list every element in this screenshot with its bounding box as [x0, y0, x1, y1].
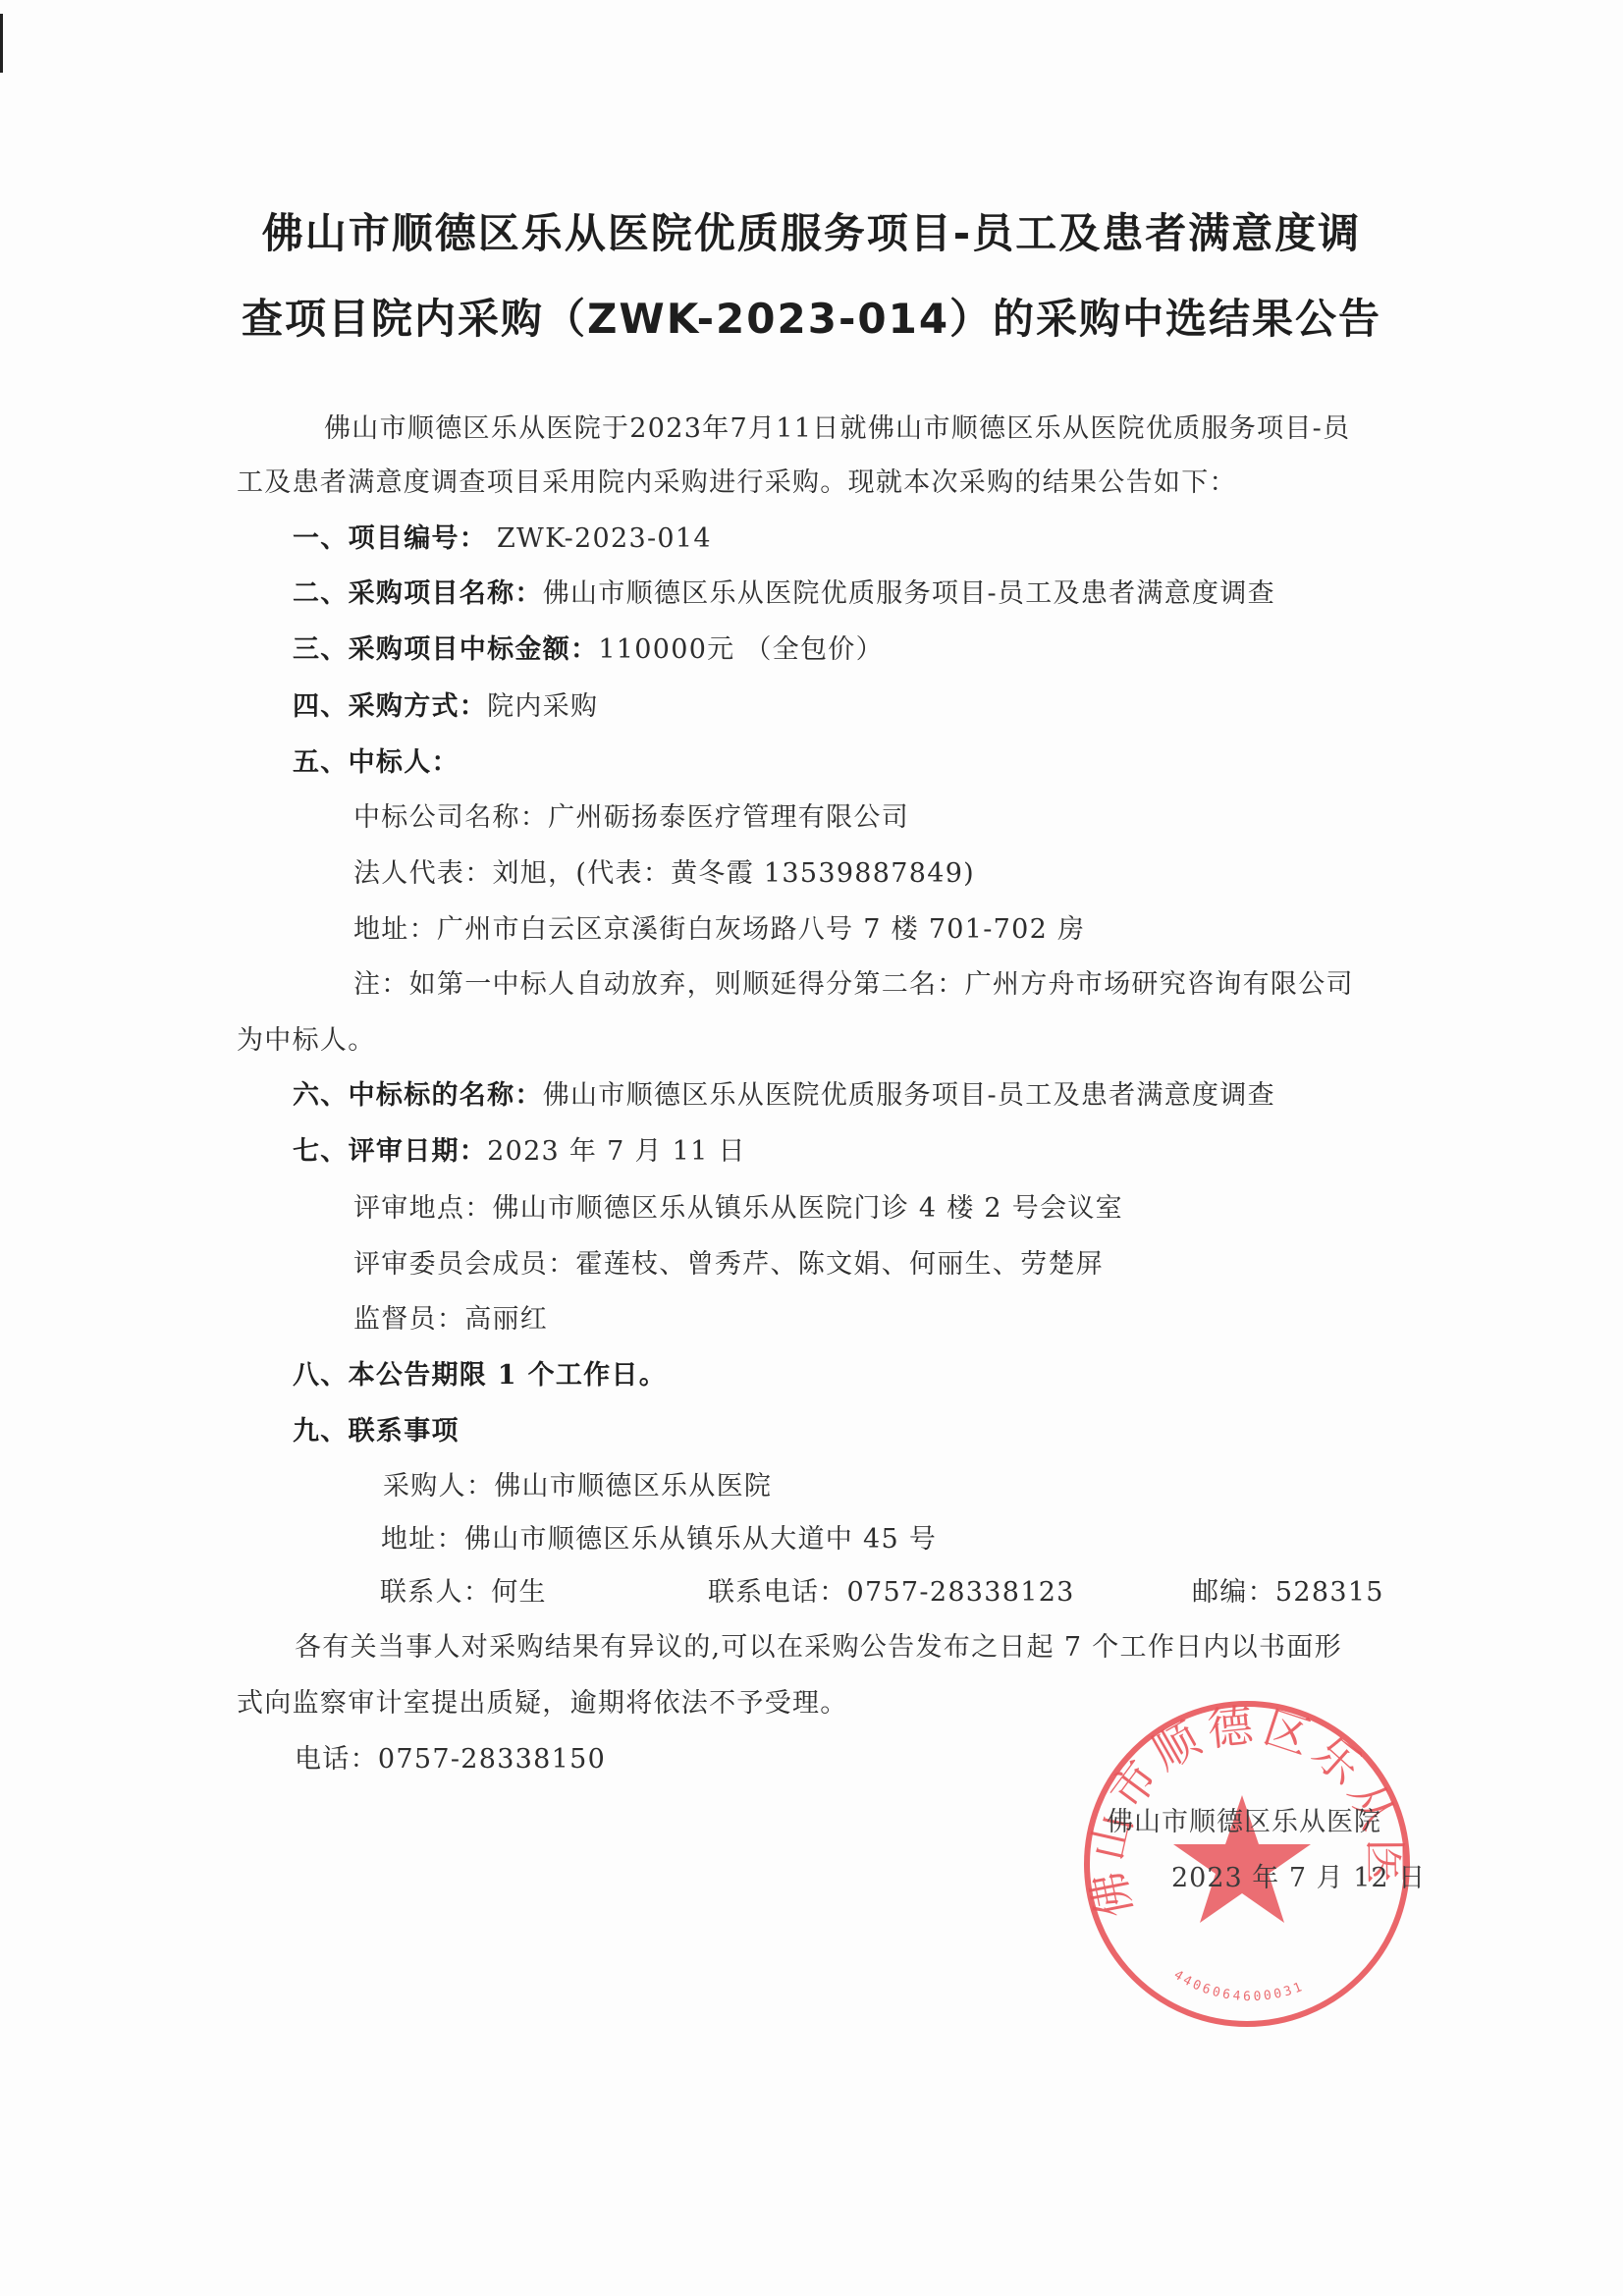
review-supervisor: 监督员：高丽红 — [353, 1303, 548, 1337]
signature-org: 佛山市顺德区乐从医院 — [1107, 1800, 1381, 1838]
item-contact: 九、联系事项 — [293, 1415, 460, 1449]
contact-phone: 联系电话：0757-28338123 — [708, 1576, 1075, 1610]
contact-postcode: 邮编：528315 — [1192, 1576, 1384, 1610]
contact-address: 地址：佛山市顺德区乐从镇乐从大道中 45 号 — [381, 1523, 937, 1557]
winner-note-line-2: 为中标人。 — [237, 1024, 376, 1058]
title-line-1: 佛山市顺德区乐从医院优质服务项目-员工及患者满意度调 — [0, 201, 1623, 260]
review-location: 评审地点：佛山市顺德区乐从镇乐从医院门诊 4 楼 2 号会议室 — [353, 1192, 1123, 1226]
seal-code: 4406064600031 — [1171, 1968, 1307, 2004]
item-value: ZWK-2023-014 — [487, 523, 712, 554]
winner-legal-rep: 法人代表：刘旭，(代表：黄冬霞 13539887849) — [353, 857, 975, 891]
item-notice-period: 八、本公告期限 1 个工作日。 — [293, 1359, 667, 1393]
item-label: 六、中标标的名称： — [293, 1080, 543, 1111]
item-label: 一、项目编号： — [293, 523, 487, 554]
svg-text:4406064600031: 4406064600031 — [1171, 1968, 1307, 2004]
objection-line-2: 式向监察审计室提出质疑，逾期将依法不予受理。 — [237, 1687, 848, 1721]
item-label: 八、本公告期限 1 个工作日。 — [293, 1360, 667, 1391]
item-label: 五、中标人： — [293, 747, 460, 778]
contact-person: 联系人：何生 — [380, 1576, 547, 1610]
winner-address: 地址：广州市白云区京溪街白灰场路八号 7 楼 701-702 房 — [353, 913, 1085, 947]
item-value: 2023 年 7 月 11 日 — [487, 1136, 746, 1167]
item-label: 二、采购项目名称： — [293, 578, 543, 609]
item-project-number: 一、项目编号： ZWK-2023-014 — [293, 522, 712, 556]
signature-date: 2023 年 7 月 12 日 — [1171, 1856, 1426, 1894]
item-value: 院内采购 — [487, 691, 598, 722]
objection-line-1: 各有关当事人对采购结果有异议的,可以在采购公告发布之日起 7 个工作日内以书面形 — [295, 1631, 1342, 1665]
item-bid-amount: 三、采购项目中标金额：110000元 （全包价） — [293, 633, 884, 667]
item-label: 九、联系事项 — [293, 1416, 460, 1447]
item-review-date: 七、评审日期：2023 年 7 月 11 日 — [293, 1135, 746, 1169]
item-winner: 五、中标人： — [293, 746, 460, 780]
winner-note-line-1: 注：如第一中标人自动放弃，则顺延得分第二名：广州方舟市场研究咨询有限公司 — [353, 968, 1354, 1002]
item-subject-name: 六、中标标的名称：佛山市顺德区乐从医院优质服务项目-员工及患者满意度调查 — [293, 1079, 1275, 1113]
item-value: 佛山市顺德区乐从医院优质服务项目-员工及患者满意度调查 — [543, 578, 1275, 609]
title-line-2: 查项目院内采购（ZWK-2023-014）的采购中选结果公告 — [0, 287, 1623, 346]
item-label: 七、评审日期： — [293, 1136, 487, 1167]
item-label: 四、采购方式： — [293, 691, 487, 722]
winner-company: 中标公司名称：广州砺扬泰医疗管理有限公司 — [353, 801, 909, 835]
item-value: 佛山市顺德区乐从医院优质服务项目-员工及患者满意度调查 — [543, 1080, 1275, 1111]
item-project-name: 二、采购项目名称：佛山市顺德区乐从医院优质服务项目-员工及患者满意度调查 — [293, 577, 1275, 611]
office-phone: 电话：0757-28338150 — [295, 1743, 606, 1777]
scan-edge-mark — [0, 14, 3, 73]
intro-line-1: 佛山市顺德区乐从医院于2023年7月11日就佛山市顺德区乐从医院优质服务项目-员 — [324, 412, 1350, 446]
intro-line-2: 工及患者满意度调查项目采用院内采购进行采购。现就本次采购的结果公告如下： — [237, 466, 1237, 500]
contact-purchaser: 采购人：佛山市顺德区乐从医院 — [383, 1470, 772, 1503]
item-label: 三、采购项目中标金额： — [293, 634, 598, 665]
review-committee: 评审委员会成员：霍莲枝、曾秀芹、陈文娟、何丽生、劳楚屏 — [353, 1248, 1104, 1282]
item-procurement-method: 四、采购方式：院内采购 — [293, 690, 598, 724]
item-value: 110000元 （全包价） — [598, 634, 884, 665]
